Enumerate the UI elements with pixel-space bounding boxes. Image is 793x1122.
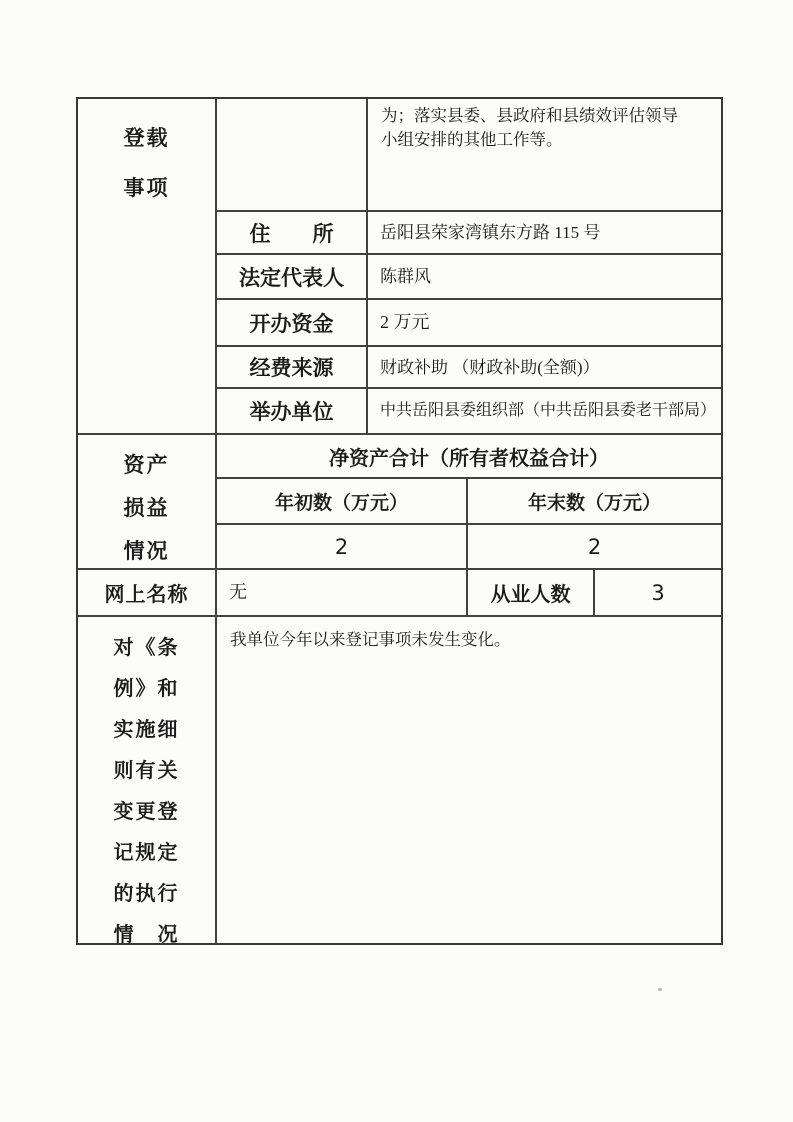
row-header-assets: 资产 损益 情况	[78, 435, 217, 570]
year-end-header: 年末数（万元）	[468, 479, 721, 525]
scan-speck	[658, 988, 662, 991]
year-start-header: 年初数（万元）	[217, 479, 468, 525]
value-opening-funds: 2 万元	[368, 300, 721, 347]
compliance-statement: 我单位今年以来登记事项未发生变化。	[217, 617, 721, 943]
value-staff-count: 3	[595, 570, 721, 617]
label-funding-source: 经费来源	[217, 347, 368, 389]
row-header-compliance: 对《条 例》和 实施细 则有关 变更登 记规定 的执行 情 况	[78, 617, 217, 943]
value-funding-source: 财政补助 （财政补助(全额)）	[368, 347, 721, 389]
label-address: 住 所	[217, 212, 368, 255]
label-sponsor-unit: 举办单位	[217, 389, 368, 435]
label-business-scope-continuation-empty	[217, 99, 368, 212]
net-assets-title: 净资产合计（所有者权益合计）	[217, 435, 721, 479]
label-staff-count: 从业人数	[468, 570, 595, 617]
year-start-value: 2	[217, 525, 468, 570]
value-sponsor-unit: 中共岳阳县委组织部（中共岳阳县委老干部局）	[368, 389, 721, 435]
label-online-name: 网上名称	[78, 570, 217, 617]
label-legal-representative: 法定代表人	[217, 255, 368, 300]
value-online-name: 无	[217, 570, 468, 617]
year-end-value: 2	[468, 525, 721, 570]
value-legal-representative: 陈群风	[368, 255, 721, 300]
scanned-document-page: 登载 事项 为；落实县委、县政府和县绩效评估领导 小组安排的其他工作等。 住 所…	[0, 0, 793, 1122]
row-header-registered-items: 登载 事项	[78, 99, 217, 435]
registration-annual-report-table: 登载 事项 为；落实县委、县政府和县绩效评估领导 小组安排的其他工作等。 住 所…	[76, 97, 723, 945]
value-business-scope-continuation: 为；落实县委、县政府和县绩效评估领导 小组安排的其他工作等。	[368, 99, 721, 212]
value-address: 岳阳县荣家湾镇东方路 115 号	[368, 212, 721, 255]
label-opening-funds: 开办资金	[217, 300, 368, 347]
